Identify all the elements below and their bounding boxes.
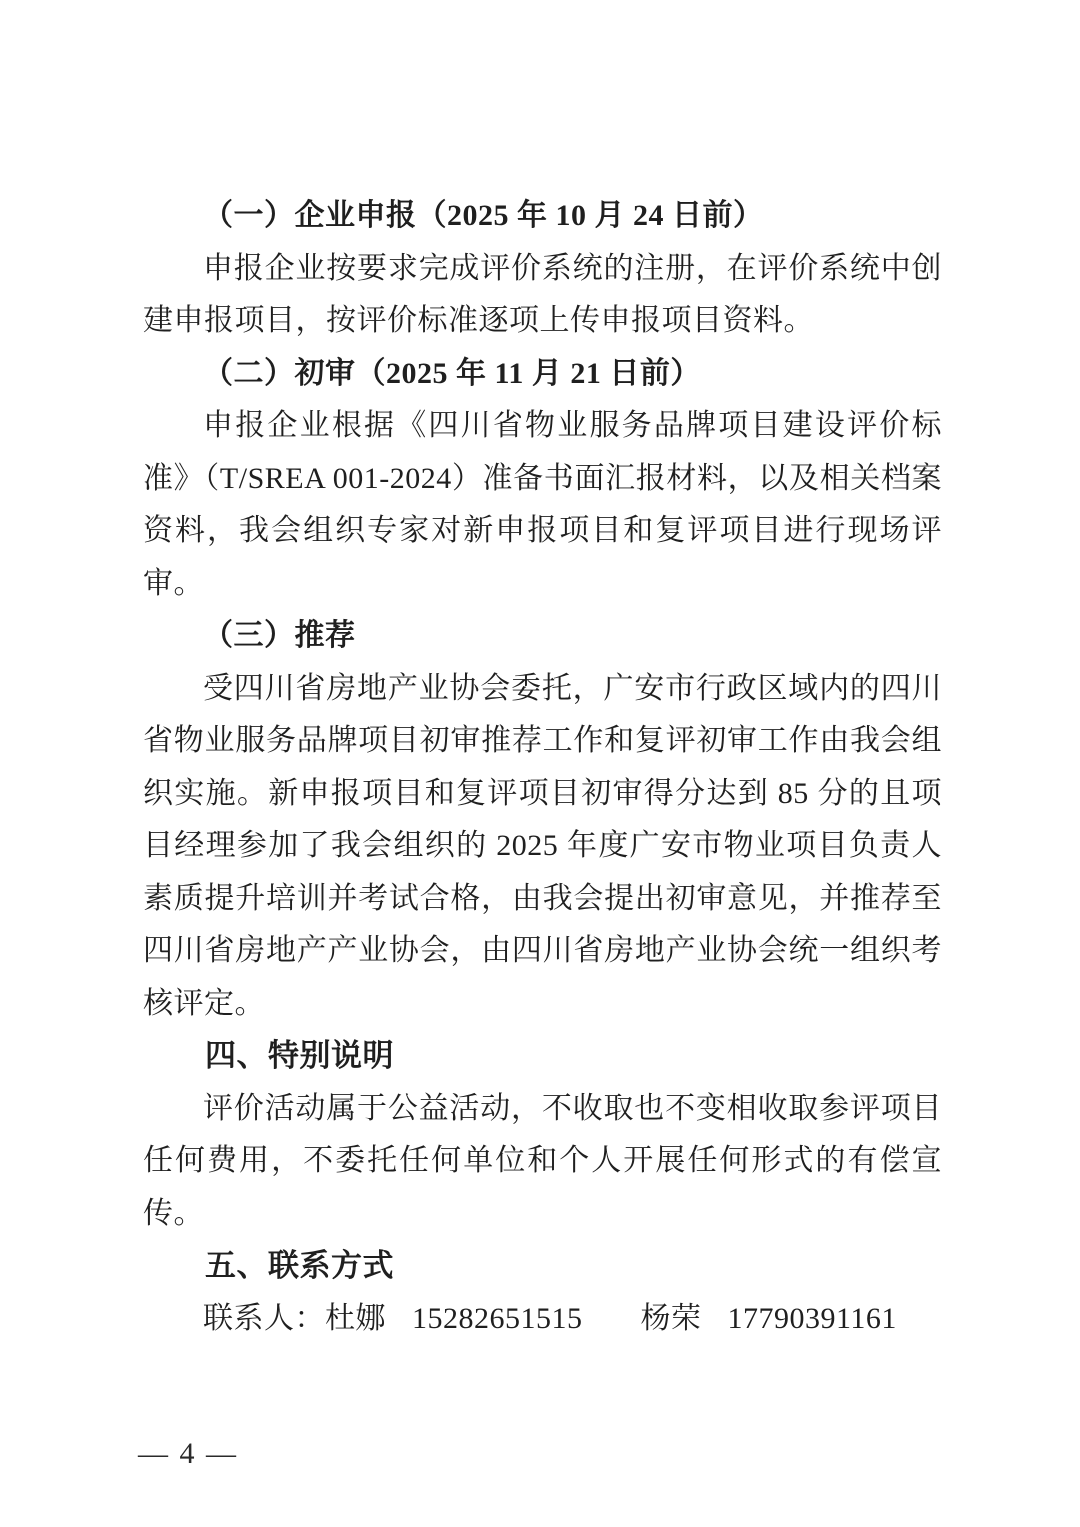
- contact-person1-name: 杜娜: [325, 1302, 386, 1335]
- contact-person2-name: 杨荣: [641, 1302, 702, 1335]
- document-body: （一）企业申报（2025 年 10 月 24 日前） 申报企业按要求完成评价系统…: [143, 190, 942, 1345]
- subsection-heading-preliminary-review: （二）初审（2025 年 11 月 21 日前）: [143, 348, 942, 401]
- subsection-heading-enterprise-application: （一）企业申报（2025 年 10 月 24 日前）: [143, 190, 942, 243]
- paragraph-special-notes: 评价活动属于公益活动，不收取也不变相收取参评项目任何费用，不委托任何单位和个人开…: [143, 1083, 942, 1241]
- section-heading-special-notes: 四、特别说明: [143, 1030, 942, 1083]
- paragraph-enterprise-application: 申报企业按要求完成评价系统的注册，在评价系统中创建申报项目，按评价标准逐项上传申…: [143, 243, 942, 348]
- contact-person1-phone: 15282651515: [412, 1302, 583, 1335]
- paragraph-recommendation: 受四川省房地产业协会委托，广安市行政区域内的四川省物业服务品牌项目初审推荐工作和…: [143, 663, 942, 1031]
- page-number: — 4 —: [138, 1437, 238, 1471]
- document-page: （一）企业申报（2025 年 10 月 24 日前） 申报企业按要求完成评价系统…: [0, 0, 1080, 1527]
- contact-line: 联系人：杜娜15282651515杨荣17790391161: [143, 1293, 942, 1346]
- section-heading-contact-info: 五、联系方式: [143, 1240, 942, 1293]
- contact-label: 联系人：: [203, 1302, 325, 1335]
- contact-person2-phone: 17790391161: [728, 1302, 897, 1335]
- paragraph-preliminary-review: 申报企业根据《四川省物业服务品牌项目建设评价标准》（T/SREA 001-202…: [143, 400, 942, 610]
- subsection-heading-recommendation: （三）推荐: [143, 610, 942, 663]
